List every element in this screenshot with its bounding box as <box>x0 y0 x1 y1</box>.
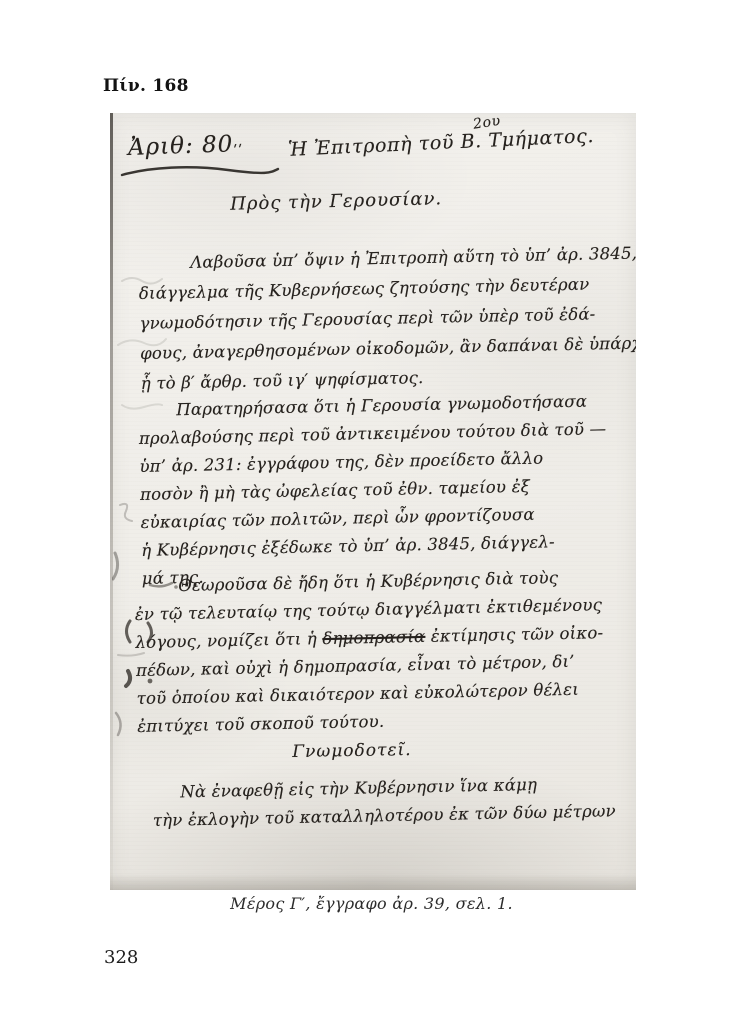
paragraph-1: Λαβοῦσα ὑπ’ ὄψιν ἡ Ἐπιτροπὴ αὕτη τὸ ὑπ’ … <box>138 239 627 399</box>
doc-number-text: Ἀριθ: 80 <box>128 131 234 161</box>
committee-heading: Ἡ Ἐπιτροπὴ τοῦ Β. Τμήματος. 2ου <box>288 123 634 161</box>
page-number: 328 <box>104 947 138 968</box>
book-page: Πίν. 168 Ἀριθ: 80ʹʹ <box>0 0 743 1027</box>
paragraph-2: Παρατηρήσασα ὅτι ἡ Γερουσία γνωμοδοτήσασ… <box>138 387 628 593</box>
plate-caption: Μέρος Γ′, ἔγγραφο ἀρ. 39, σελ. 1. <box>0 894 743 913</box>
addressee-line: Πρὸς τὴν Γερουσίαν. <box>110 185 563 218</box>
committee-heading-text: Ἡ Ἐπιτροπὴ τοῦ Β. Τμήματος. <box>288 125 595 161</box>
doc-number: Ἀριθ: 80ʹʹ <box>128 131 244 163</box>
scan-bottom-edge <box>110 874 636 890</box>
verdict-line: Γνωμοδοτεῖ. <box>110 737 594 765</box>
paragraph-4: Νὰ ἐναφεθῇ εἰς τὴν Κυβέρνησιν ἵνα κάμῃ τ… <box>152 769 625 835</box>
strike-before: λόγους, νομίζει ὅτι ἡ <box>135 629 322 652</box>
doc-number-underline-icon <box>120 163 280 179</box>
doc-number-ticks: ʹʹ <box>233 143 243 159</box>
manuscript-scan: Ἀριθ: 80ʹʹ Ἡ Ἐπιτροπὴ τοῦ Β. Τμήματος. 2… <box>110 113 636 890</box>
plate-label: Πίν. 168 <box>103 76 189 96</box>
struck-word: δημοπρασία <box>322 627 425 648</box>
paragraph-3: Θεωροῦσα δὲ ἤδη ὅτι ἡ Κυβέρνησις διὰ τοὺ… <box>134 563 627 741</box>
strike-after: ἐκτίμησις τῶν οἰκο- <box>425 623 603 646</box>
